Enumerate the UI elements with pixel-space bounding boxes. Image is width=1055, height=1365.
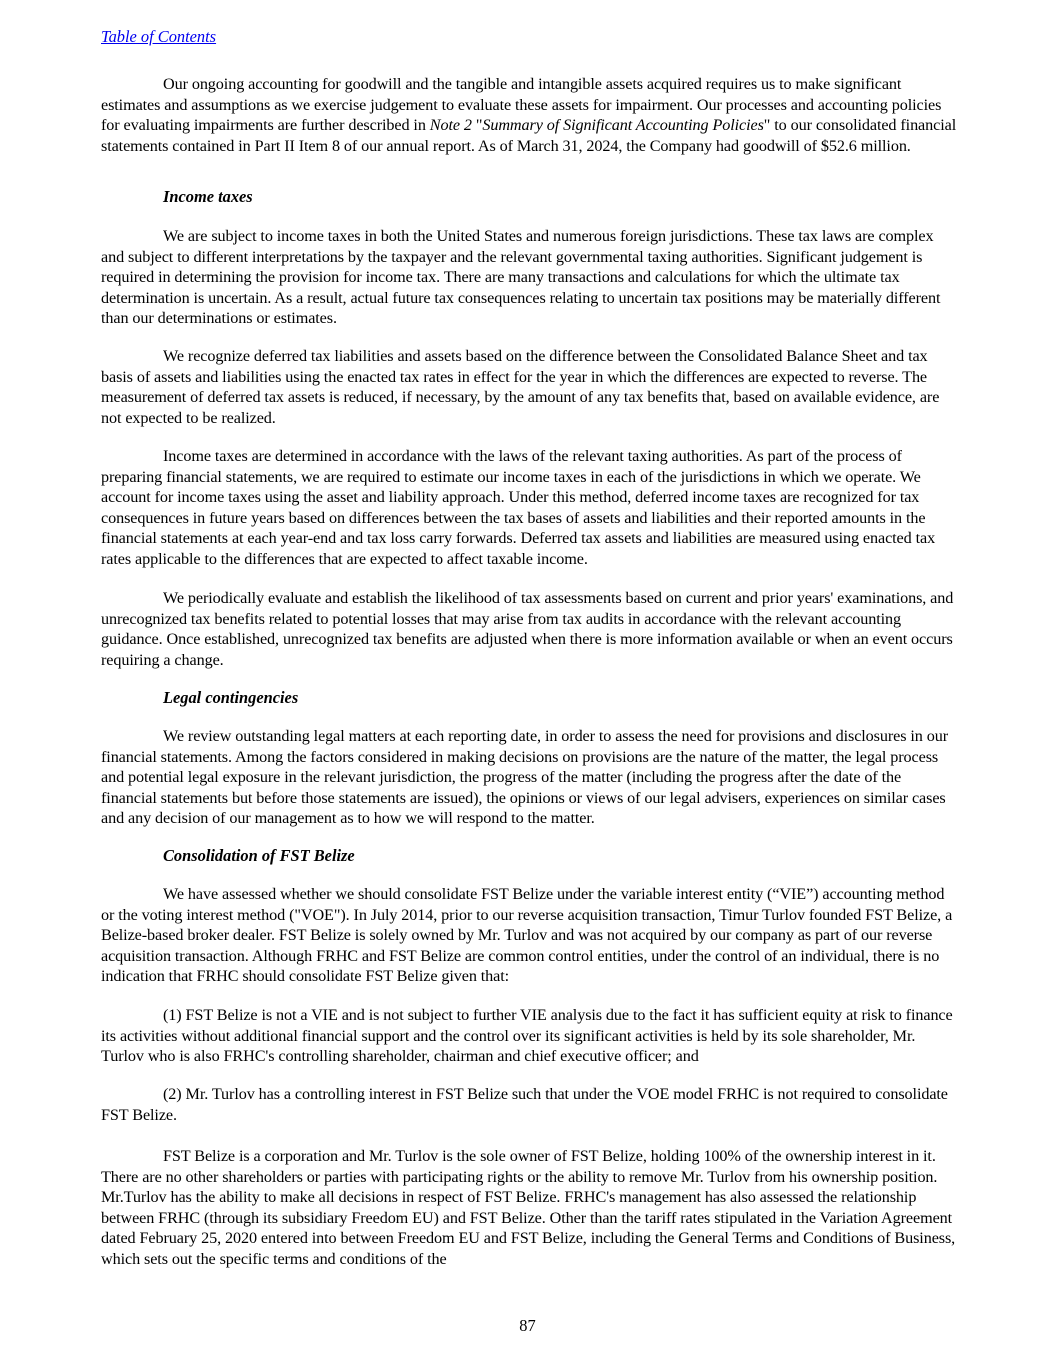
policy-reference: Summary of Significant Accounting Polici… — [482, 116, 763, 134]
paragraph-text: Income taxes are determined in accordanc… — [101, 447, 935, 568]
paragraph-text: We review outstanding legal matters at e… — [101, 727, 948, 827]
note-reference: Note 2 — [430, 116, 472, 134]
paragraph-text: " — [472, 116, 482, 134]
paragraph-income-tax-determination: Income taxes are determined in accordanc… — [101, 446, 957, 570]
paragraph-text: We recognize deferred tax liabilities an… — [101, 347, 939, 427]
page-number: 87 — [0, 1316, 1055, 1336]
paragraph-text: (2) Mr. Turlov has a controlling interes… — [101, 1085, 948, 1124]
paragraph-legal-matters: We review outstanding legal matters at e… — [101, 726, 957, 829]
paragraph-fst-consolidation: We have assessed whether we should conso… — [101, 884, 957, 987]
paragraph-income-taxes-intro: We are subject to income taxes in both t… — [101, 226, 957, 329]
section-heading-legal-contingencies: Legal contingencies — [163, 688, 298, 708]
paragraph-text: FST Belize is a corporation and Mr. Turl… — [101, 1147, 955, 1268]
section-heading-fst-belize: Consolidation of FST Belize — [163, 846, 355, 866]
paragraph-text: We are subject to income taxes in both t… — [101, 227, 940, 327]
paragraph-fst-ownership: FST Belize is a corporation and Mr. Turl… — [101, 1146, 957, 1270]
paragraph-point-1: (1) FST Belize is not a VIE and is not s… — [101, 1005, 957, 1067]
section-heading-income-taxes: Income taxes — [163, 187, 253, 207]
paragraph-goodwill: Our ongoing accounting for goodwill and … — [101, 74, 957, 156]
paragraph-tax-assessments: We periodically evaluate and establish t… — [101, 588, 957, 670]
paragraph-deferred-tax: We recognize deferred tax liabilities an… — [101, 346, 957, 428]
paragraph-text: We have assessed whether we should conso… — [101, 885, 952, 985]
table-of-contents-link[interactable]: Table of Contents — [101, 27, 216, 47]
paragraph-text: (1) FST Belize is not a VIE and is not s… — [101, 1006, 953, 1065]
paragraph-text: We periodically evaluate and establish t… — [101, 589, 953, 669]
paragraph-point-2: (2) Mr. Turlov has a controlling interes… — [101, 1084, 957, 1125]
